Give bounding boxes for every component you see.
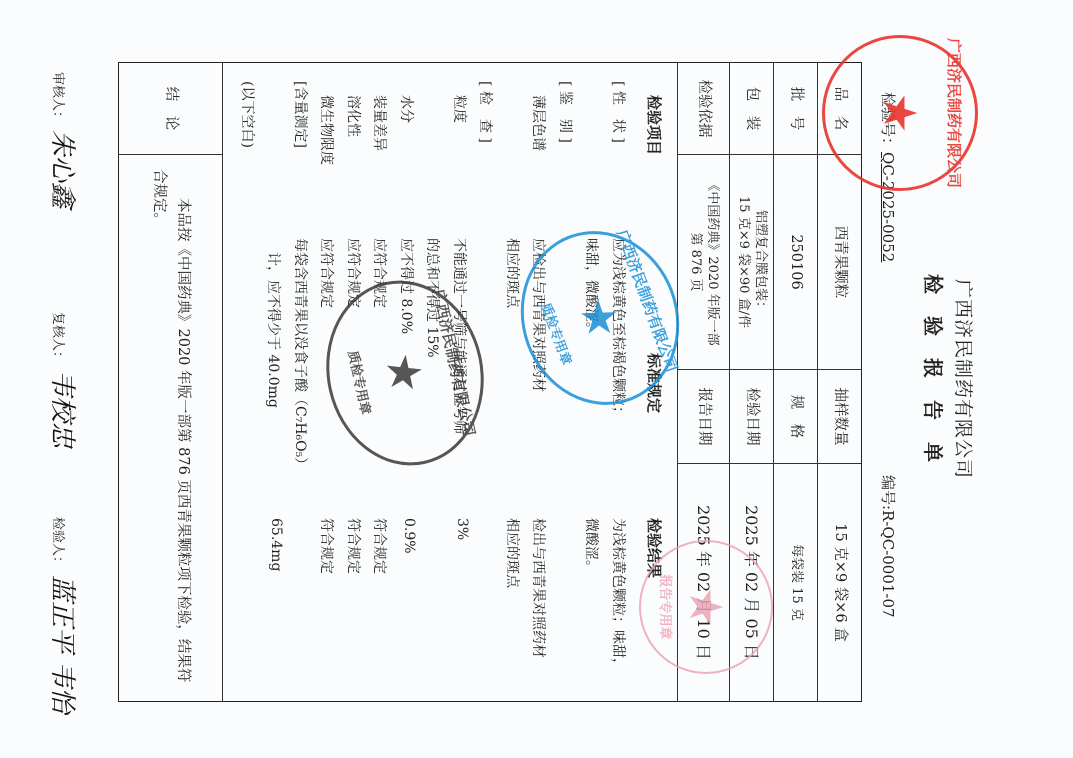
inspection-report-page: 广西济民制药有限公司 检验报告单 检验号：QC-2025-0052 编号:R-Q… xyxy=(0,0,1073,758)
label-sample-qty: 抽样数量 xyxy=(818,370,861,464)
test-item-standard: 的总和不得过 15% xyxy=(424,238,444,358)
label-package: 包 装 xyxy=(730,63,773,155)
test-item-result: 检出与西青果对照药材 xyxy=(530,518,550,658)
inspector: 检验人：蓝正平 韦怡 xyxy=(46,517,83,713)
test-item-result: 符合规定 xyxy=(318,518,338,574)
test-item-item: [ 检 查 ] xyxy=(477,81,497,143)
label-batch: 批 号 xyxy=(774,63,817,155)
test-item-standard: 应检出与西青果对照药材 xyxy=(530,238,550,392)
value-spec: 每袋装 15 克 xyxy=(774,464,817,701)
test-item-standard: 计，应不得少于 40.0mg xyxy=(265,252,285,408)
column-header-result: 检验结果 xyxy=(644,518,665,578)
inspection-number: 检验号：QC-2025-0052 xyxy=(878,92,899,262)
reviewer-signature: 朱心鑫 xyxy=(47,130,77,208)
row-package: 包 装 铝塑复合膜包装： 15 克×9 袋×90 盒/件 检验日期 2025 年… xyxy=(729,63,773,701)
row-basis: 检验依据 《中国药典》2020 年版一部 第 876 页 报告日期 2025 年… xyxy=(677,63,729,701)
inspection-number-label: 检验号： xyxy=(879,92,897,152)
test-item-standard: 应为浅棕黄色至棕褐色颗粒； xyxy=(609,238,629,420)
test-item-result: 微酸涩。 xyxy=(583,518,603,574)
test-item-item: 水分 xyxy=(397,95,417,123)
value-test-date: 2025 年 02 月 05 日 xyxy=(730,464,773,701)
column-header-item: 检验项目 xyxy=(644,95,665,155)
test-item-result: 符合规定 xyxy=(371,518,391,574)
test-item-standard: 应符合规定 xyxy=(371,238,391,308)
label-product-name: 品 名 xyxy=(818,63,861,155)
test-items-area: 检验项目 标准规定 检验结果 [ 性 状 ]应为浅棕黄色至棕褐色颗粒；为浅棕黄色… xyxy=(222,63,677,701)
conclusion-label: 结 论 xyxy=(119,63,222,155)
test-item-result: 符合规定 xyxy=(344,518,364,574)
label-basis: 检验依据 xyxy=(678,63,729,155)
test-item-standard: 味甜，微酸涩。 xyxy=(583,238,603,336)
value-report-date: 2025 年 02 月 10 日 xyxy=(678,464,729,701)
test-item-result: 65.4mg xyxy=(269,518,285,571)
test-item-result: 相应的斑点 xyxy=(503,518,523,588)
package-line-1: 铝塑复合膜包装： xyxy=(752,210,768,314)
rechecker: 复核人：韦校忠 xyxy=(46,312,83,448)
label-spec: 规 格 xyxy=(774,370,817,464)
basis-line-1: 《中国药典》2020 年版一部 xyxy=(704,178,720,345)
test-item-result: 为浅棕黄色颗粒；味甜， xyxy=(609,518,629,672)
reviewer: 审核人：朱心鑫 xyxy=(46,72,83,208)
company-name: 广西济民制药有限公司 xyxy=(951,0,978,758)
test-item-item: 薄层色谱 xyxy=(530,95,550,151)
rechecker-signature: 韦校忠 xyxy=(47,370,77,448)
test-item-item: [ 鉴 别 ] xyxy=(556,81,576,143)
test-item-item: 微生物限度 xyxy=(318,95,338,165)
test-item-result: 3% xyxy=(454,518,470,540)
inspector-label: 检验人： xyxy=(50,517,65,569)
test-item-item: (以下空白) xyxy=(238,81,258,148)
test-item-standard: 应符合规定 xyxy=(344,238,364,308)
test-item-item: 粒度 xyxy=(450,95,470,123)
inspection-number-value: QC-2025-0052 xyxy=(879,152,897,262)
value-sample-qty: 15 克×9 袋×6 盒 xyxy=(818,464,861,701)
report-title: 检验报告单 xyxy=(920,0,949,758)
report-table: 品 名 西青果颗粒 抽样数量 15 克×9 袋×6 盒 批 号 250106 规… xyxy=(118,62,862,702)
conclusion-row: 结 论 本品按《中国药典》2020 年版一部第 876 页西青果颗粒项下检验，结… xyxy=(119,63,222,701)
value-basis: 《中国药典》2020 年版一部 第 876 页 xyxy=(678,155,729,370)
inspector-signature: 蓝正平 韦怡 xyxy=(47,575,77,713)
row-batch: 批 号 250106 规 格 每袋装 15 克 xyxy=(773,63,817,701)
test-item-standard: 不能通过一号筛与能通过五号筛 xyxy=(450,238,470,434)
conclusion-text: 本品按《中国药典》2020 年版一部第 876 页西青果颗粒项下检验，结果符合规… xyxy=(119,155,222,701)
value-package: 铝塑复合膜包装： 15 克×9 袋×90 盒/件 xyxy=(730,155,773,370)
label-report-date: 报告日期 xyxy=(678,370,729,464)
column-header-standard: 标准规定 xyxy=(644,353,665,413)
test-item-standard: 相应的斑点 xyxy=(503,238,523,308)
label-test-date: 检验日期 xyxy=(730,370,773,464)
test-item-standard: 每袋含西青果以没食子酸（C₇H₆O₅） xyxy=(291,238,311,471)
test-item-item: 装量差异 xyxy=(371,95,391,151)
value-product-name: 西青果颗粒 xyxy=(818,155,861,370)
value-batch: 250106 xyxy=(774,155,817,370)
basis-line-2: 第 876 页 xyxy=(687,232,703,291)
row-product-name: 品 名 西青果颗粒 抽样数量 15 克×9 袋×6 盒 xyxy=(817,63,861,701)
rechecker-label: 复核人： xyxy=(50,312,65,364)
test-item-standard: 应符合规定 xyxy=(318,238,338,308)
test-item-item: [含量测定] xyxy=(291,81,311,148)
test-item-standard: 应不得过 8.0% xyxy=(397,238,417,334)
document-number: 编号:R-QC-0001-07 xyxy=(878,475,899,618)
test-item-item: 溶化性 xyxy=(344,95,364,137)
reviewer-label: 审核人： xyxy=(50,72,65,124)
package-line-2: 15 克×9 袋×90 盒/件 xyxy=(735,196,751,328)
test-item-item: [ 性 状 ] xyxy=(609,81,629,143)
test-item-result: 0.9% xyxy=(401,518,417,554)
